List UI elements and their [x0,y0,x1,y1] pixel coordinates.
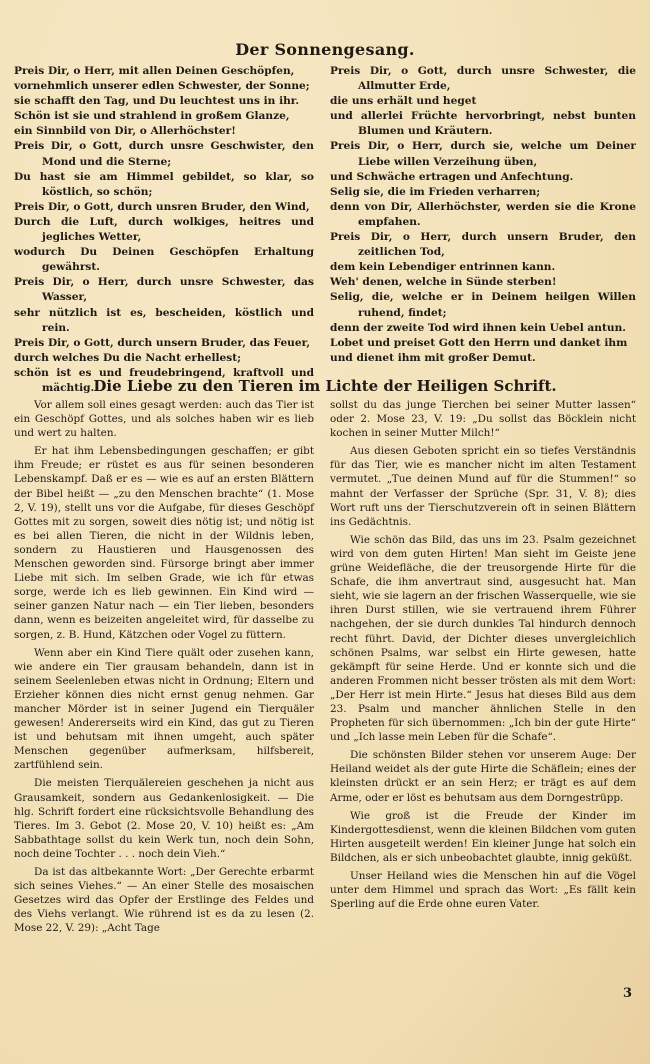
poem-line: denn von Dir, Allerhöchster, werden sie … [330,200,636,230]
poem-line: vornehmlich unserer edlen Schwester, der… [14,79,314,94]
poem-line: Preis Dir, o Herr, mit allen Deinen Gesc… [14,64,314,79]
paragraph: sollst du das junge Tierchen bei seiner … [330,398,636,440]
poem-line: sie schafft den Tag, und Du leuchtest un… [14,94,314,109]
poem-line: Lobet und preiset Gott den Herrn und dan… [330,336,636,351]
poem-line: Selig sie, die im Frieden verharren; [330,185,636,200]
poem-line: die uns erhält und heget [330,94,636,109]
article-title: Die Liebe zu den Tieren im Lichte der He… [0,377,650,395]
poem-line: Du hast sie am Himmel gebildet, so klar,… [14,170,314,200]
paragraph: Aus diesen Geboten spricht ein so tiefes… [330,444,636,529]
page-number: 3 [623,986,632,1001]
poem-line: und allerlei Früchte hervorbringt, nebst… [330,109,636,139]
poem-left-column: Preis Dir, o Herr, mit allen Deinen Gesc… [14,64,314,396]
poem-line: Preis Dir, o Gott, durch unsre Schwester… [330,64,636,94]
article-left-column: Vor allem soll eines gesagt werden: auch… [14,398,314,939]
paragraph: Wie schön das Bild, das uns im 23. Psalm… [330,533,636,744]
poem-right-column: Preis Dir, o Gott, durch unsre Schwester… [330,64,636,366]
paragraph: Er hat ihm Lebensbedingungen geschaffen;… [14,444,314,641]
poem-line: Preis Dir, o Gott, durch unsre Geschwist… [14,139,314,169]
poem-line: Weh' denen, welche in Sünde sterben! [330,275,636,290]
poem-line: Schön ist sie und strahlend in großem Gl… [14,109,314,124]
poem-line: Preis Dir, o Herr, durch unsern Bruder, … [330,230,636,260]
poem-line: Selig, die, welche er in Deinem heilgen … [330,290,636,320]
poem-line: ein Sinnbild von Dir, o Allerhöchster! [14,124,314,139]
poem-line: sehr nützlich ist es, bescheiden, köstli… [14,306,314,336]
paragraph: Wie groß ist die Freude der Kinder im Ki… [330,809,636,865]
scanned-page: Der Sonnengesang. Preis Dir, o Herr, mit… [0,0,650,1064]
paragraph: Vor allem soll eines gesagt werden: auch… [14,398,314,440]
poem-line: Preis Dir, o Gott, durch unsren Bruder, … [14,200,314,215]
paragraph: Die meisten Tierquälereien geschehen ja … [14,776,314,861]
poem-line: Durch die Luft, durch wolkiges, heitres … [14,215,314,245]
paragraph: Da ist das altbekannte Wort: „Der Gerech… [14,865,314,935]
poem-line: denn der zweite Tod wird ihnen kein Uebe… [330,321,636,336]
article-right-column: sollst du das junge Tierchen bei seiner … [330,398,636,915]
poem-line: und Schwäche ertragen und Anfechtung. [330,170,636,185]
poem-title: Der Sonnengesang. [0,40,650,59]
poem-line: und dienet ihm mit großer Demut. [330,351,636,366]
paragraph: Die schönsten Bilder stehen vor unserem … [330,748,636,804]
poem-line: Preis Dir, o Herr, durch unsre Schwester… [14,275,314,305]
paragraph: Unser Heiland wies die Menschen hin auf … [330,869,636,911]
poem-line: wodurch Du Deinen Geschöpfen Erhaltung g… [14,245,314,275]
poem-line: durch welches Du die Nacht erhellest; [14,351,314,366]
poem-line: Preis Dir, o Gott, durch unsern Bruder, … [14,336,314,351]
paragraph: Wenn aber ein Kind Tiere quält oder zuse… [14,646,314,773]
poem-line: Preis Dir, o Herr, durch sie, welche um … [330,139,636,169]
poem-line: dem kein Lebendiger entrinnen kann. [330,260,636,275]
